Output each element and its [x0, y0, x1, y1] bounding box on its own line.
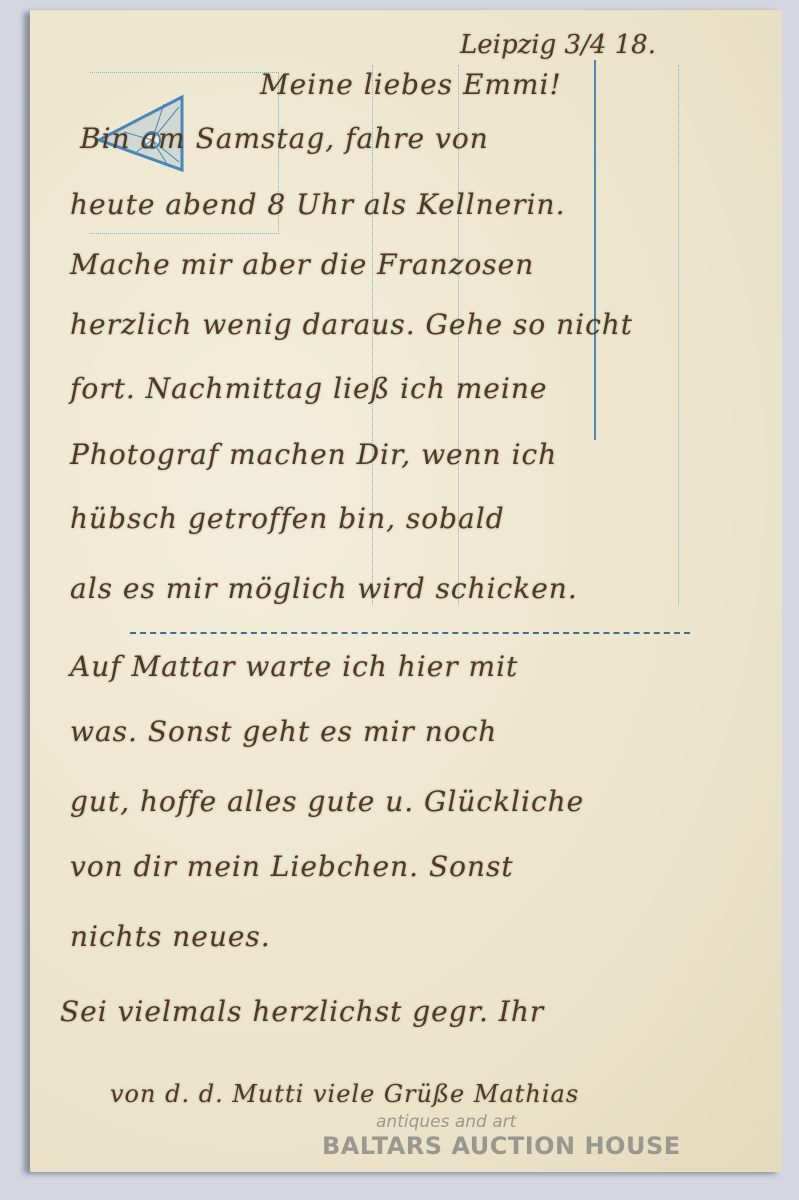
- address-divider-line: [594, 60, 596, 440]
- text-line: Bin am Samstag, fahre von: [80, 122, 489, 155]
- text-line: gut, hoffe alles gute u. Glückliche: [70, 785, 584, 818]
- text-line: was. Sonst geht es mir noch: [70, 715, 497, 748]
- text-line: fort. Nachmittag ließ ich meine: [70, 372, 547, 405]
- address-underline: [130, 632, 690, 634]
- date-line: Leipzig 3/4 18.: [460, 30, 656, 60]
- salutation: Meine liebes Emmi!: [260, 68, 562, 101]
- closing-line: Sei vielmals herzlichst gegr. Ihr: [60, 995, 544, 1028]
- text-line: hübsch getroffen bin, sobald: [70, 502, 505, 535]
- text-line: als es mir möglich wird schicken.: [70, 572, 578, 605]
- watermark-tagline: antiques and art: [376, 1112, 516, 1132]
- text-line: nichts neues.: [70, 920, 271, 953]
- text-line: von dir mein Liebchen. Sonst: [70, 850, 514, 883]
- text-line: Auf Mattar warte ich hier mit: [70, 650, 518, 683]
- divider-line: [678, 65, 679, 605]
- text-line: Photograf machen Dir, wenn ich: [70, 438, 557, 471]
- postcard: Leipzig 3/4 18. Meine liebes Emmi! Bin a…: [30, 10, 782, 1172]
- signature-line: von d. d. Mutti viele Grüße Mathias: [110, 1080, 579, 1108]
- text-line: herzlich wenig daraus. Gehe so nicht: [70, 308, 633, 341]
- text-line: heute abend 8 Uhr als Kellnerin.: [70, 188, 565, 221]
- watermark-name: BALTARS AUCTION HOUSE: [322, 1132, 681, 1160]
- text-line: Mache mir aber die Franzosen: [70, 248, 534, 281]
